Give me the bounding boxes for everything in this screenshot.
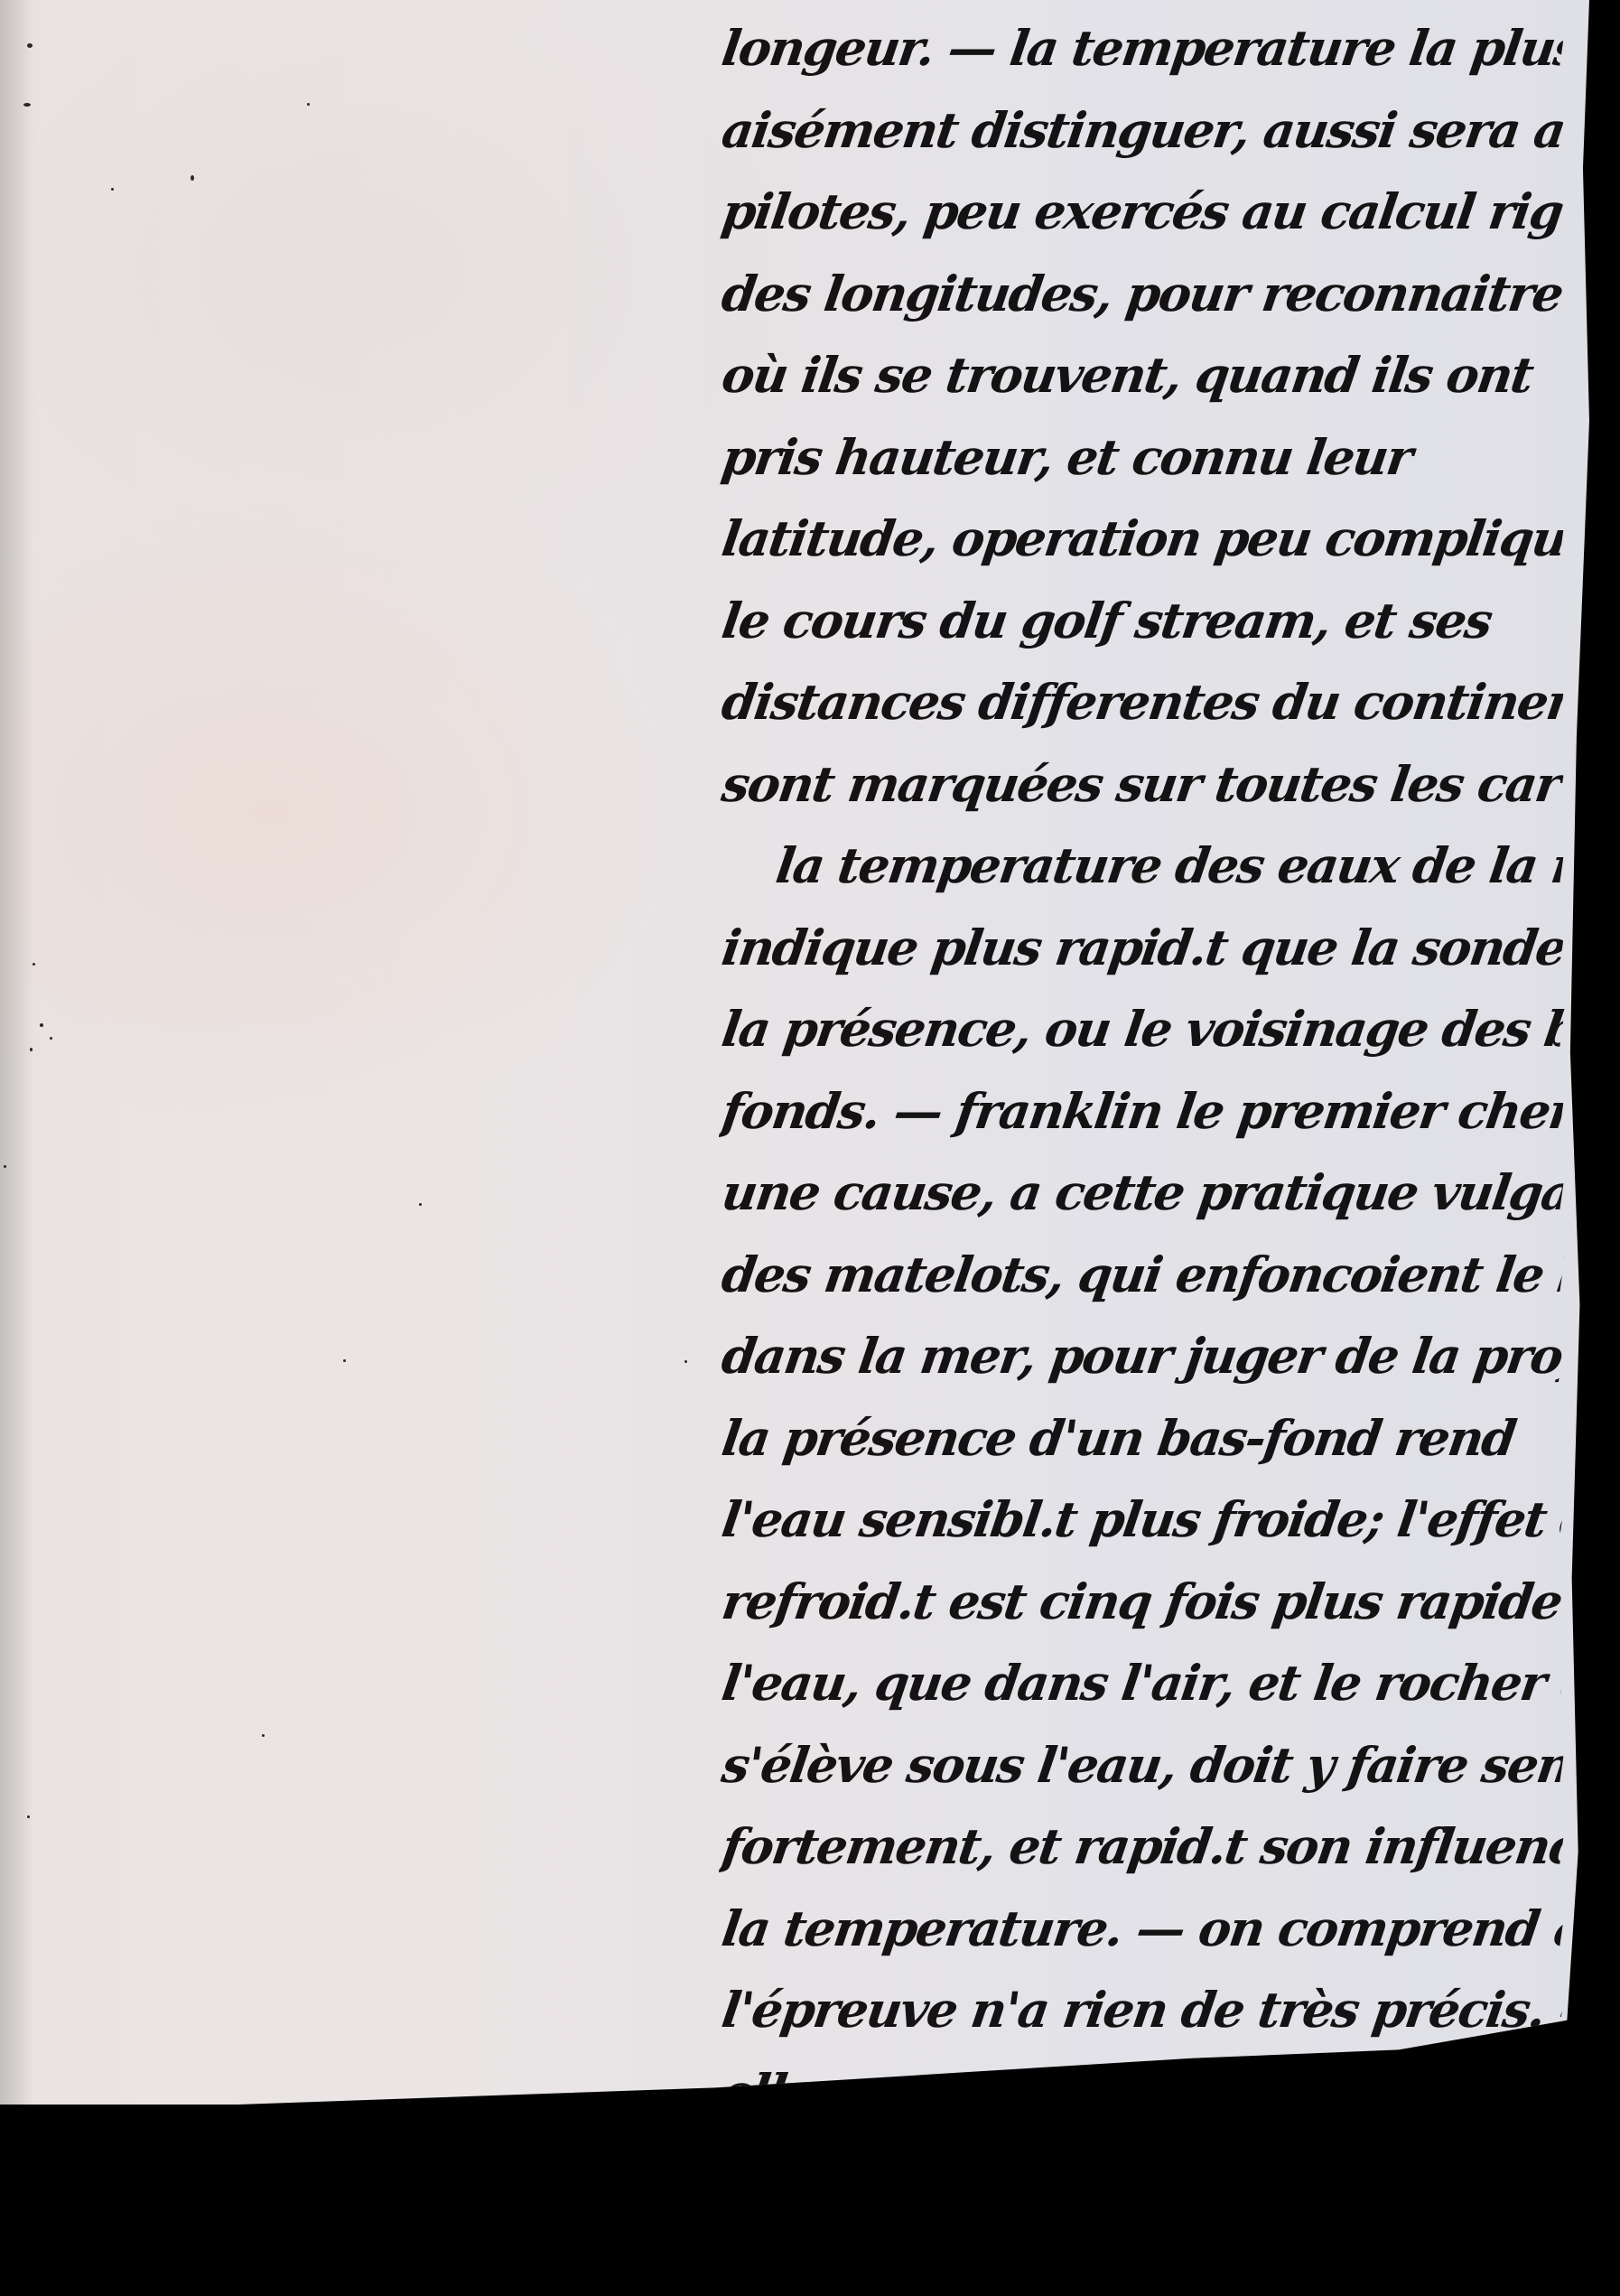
manuscript-line: indique plus rapid.t que la sonde, xyxy=(717,907,1569,989)
manuscript-line: pris hauteur, et connu leur xyxy=(717,416,1569,499)
manuscript-line: fortement, et rapid.t son influence sur xyxy=(717,1806,1569,1888)
ink-speck xyxy=(33,963,35,966)
ink-speck xyxy=(50,1037,52,1040)
manuscript-line: où ils se trouvent, quand ils ont xyxy=(717,334,1569,416)
manuscript-line: le cours du golf stream, et ses xyxy=(717,580,1569,662)
manuscript-line: refroid.t est cinq fois plus rapide dans xyxy=(717,1561,1569,1643)
manuscript-line: dans la mer, pour juger de la profondeur… xyxy=(717,1315,1569,1397)
ink-speck xyxy=(40,1023,43,1027)
manuscript-line: latitude, operation peu compliquée. xyxy=(717,498,1569,580)
manuscript-line: l'épreuve n'a rien de très précis. — mai… xyxy=(717,1969,1569,2051)
manuscript-line: des longitudes, pour reconnaitre les par… xyxy=(717,253,1569,335)
manuscript-page: longeur. — la temperature la plus aiséme… xyxy=(0,0,1589,2105)
ink-speck xyxy=(684,1360,687,1363)
ink-speck xyxy=(262,1734,265,1737)
manuscript-line: longeur. — la temperature la plus xyxy=(717,7,1569,89)
manuscript-line: l'eau sensibl.t plus froide; l'effet du xyxy=(717,1479,1569,1561)
handwritten-text-block: longeur. — la temperature la plus aiséme… xyxy=(722,7,1562,2149)
manuscript-line: aisément distinguer, aussi sera aux xyxy=(717,89,1569,172)
manuscript-paragraph-start: la temperature des eaux de la mer, xyxy=(717,825,1569,907)
manuscript-line: s'élève sous l'eau, doit y faire sentir xyxy=(717,1724,1569,1806)
manuscript-line: que l'on touche a un pic sous-marin xyxy=(717,2133,1569,2149)
manuscript-line: elle avertit plus surement que la sonde, xyxy=(717,2051,1569,2133)
ink-speck xyxy=(27,1815,30,1818)
ink-speck xyxy=(419,1203,422,1206)
manuscript-line: distances differentes du continent xyxy=(717,661,1569,743)
manuscript-line: sont marquées sur toutes les cartes. xyxy=(717,743,1569,826)
manuscript-line: la présence d'un bas-fond rend xyxy=(717,1397,1569,1479)
manuscript-line: pilotes, peu exercés au calcul rigoureux xyxy=(717,171,1569,253)
manuscript-line: la présence, ou le voisinage des bas xyxy=(717,988,1569,1070)
ink-speck xyxy=(4,1165,6,1168)
ink-speck xyxy=(191,175,194,181)
ink-speck xyxy=(343,1359,346,1362)
manuscript-line: des matelots, qui enfoncoient le bras xyxy=(717,1234,1569,1316)
manuscript-line: l'eau, que dans l'air, et le rocher qui xyxy=(717,1642,1569,1724)
ink-speck xyxy=(307,103,310,106)
ink-speck xyxy=(23,103,31,107)
ink-speck xyxy=(30,1048,33,1051)
manuscript-line: la temperature. — on comprend que xyxy=(717,1888,1569,1970)
manuscript-line: fonds. — franklin le premier chercha xyxy=(717,1070,1569,1153)
page-fold-shadow xyxy=(0,0,33,2105)
ink-speck xyxy=(27,43,33,48)
manuscript-line: une cause, a cette pratique vulgaire xyxy=(717,1152,1569,1234)
ink-speck xyxy=(111,188,114,191)
